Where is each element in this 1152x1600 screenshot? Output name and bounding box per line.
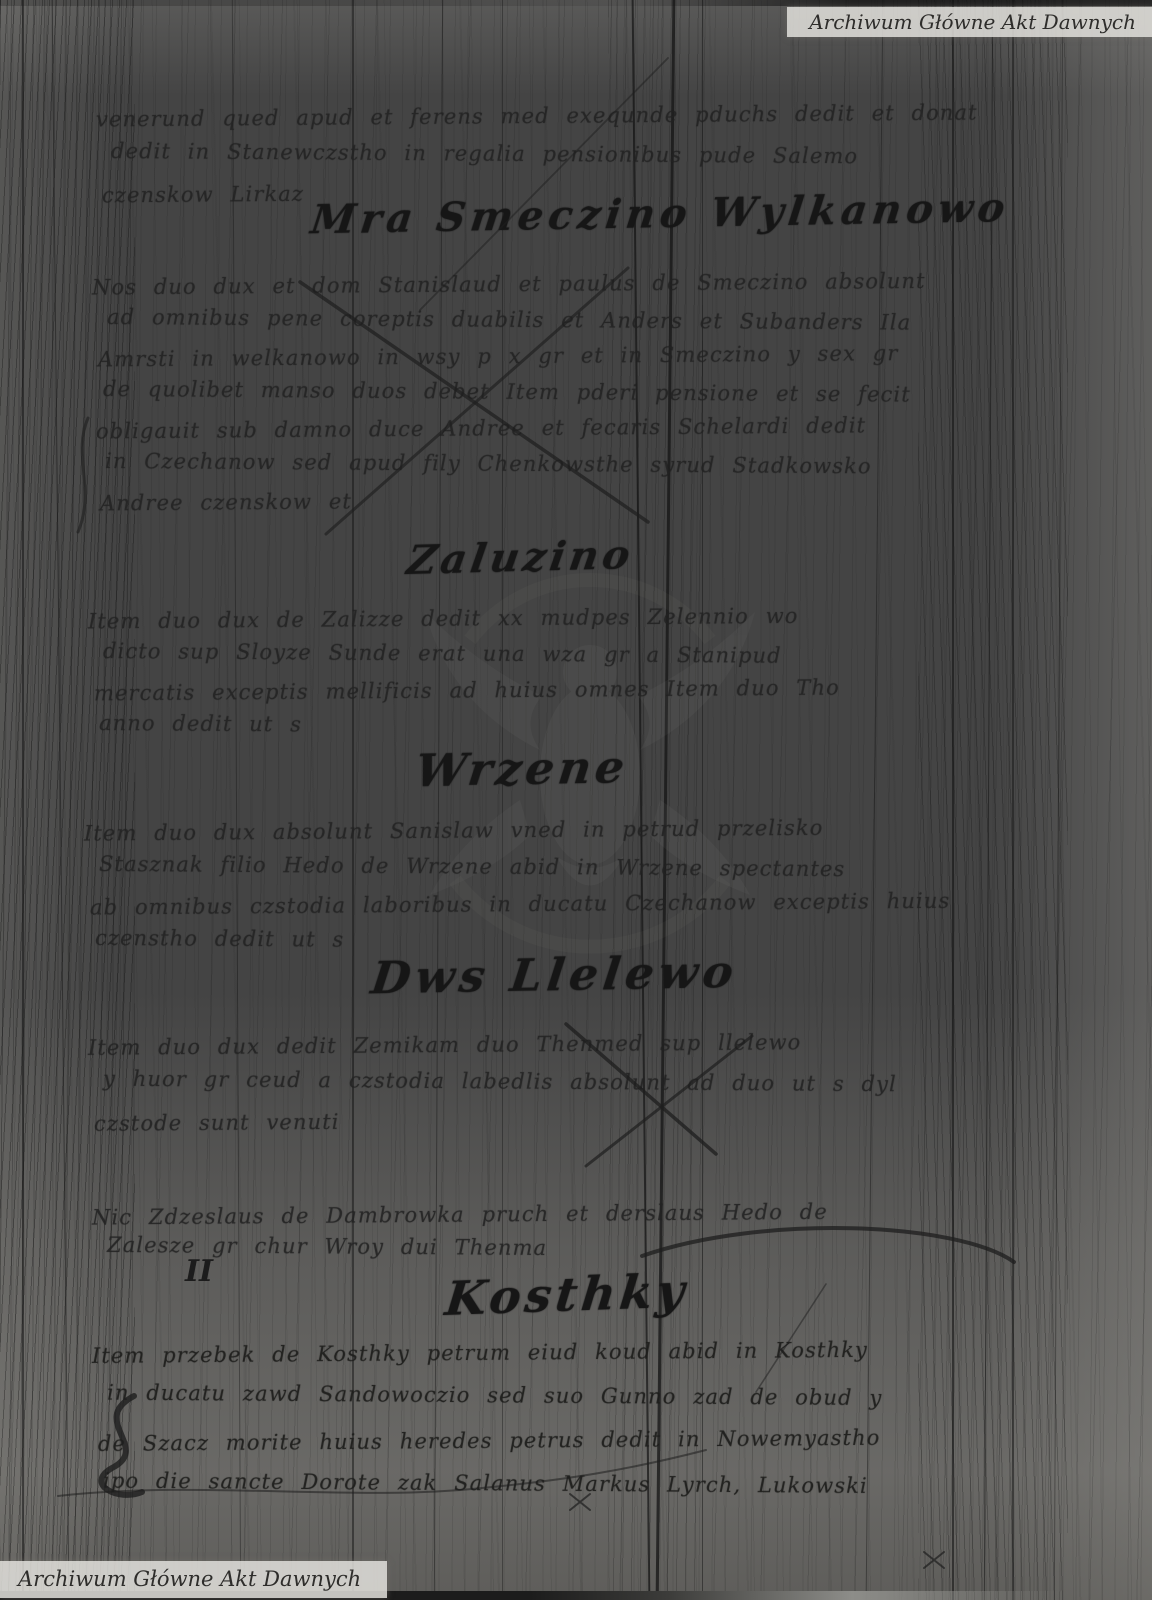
scan-edge-top <box>0 0 1152 6</box>
scratch-line <box>22 0 24 1600</box>
manuscript-heading: Mra Smeczino Wylkanowo <box>312 190 1009 237</box>
manuscript-paragraph: Item duo dux de Zalizze dedit xx mudpes … <box>88 606 968 750</box>
manuscript-heading: Kosthky <box>446 1268 687 1323</box>
manuscript-line: ipo die sancte Dorote zak Salanus Markus… <box>92 1469 1092 1520</box>
manuscript-line: in ducatu zawd Sandowoczio sed suo Gunno… <box>92 1381 1092 1432</box>
heading-text: Mra Smeczino Wylkanowo <box>308 184 1012 243</box>
archive-stamp-top: Archiwum Główne Akt Dawnych <box>787 7 1152 37</box>
x-mark-2 <box>924 1552 944 1568</box>
manuscript-heading: Zaluzino <box>408 534 633 581</box>
manuscript-line: Andree czenskow et <box>92 485 982 528</box>
scratch-line <box>52 0 70 1600</box>
manuscript-paragraph: Nic Zdzeslaus de Dambrowka pruch et ders… <box>92 1202 1002 1270</box>
heading-text: Dws Llelewo <box>368 945 741 1004</box>
manuscript-paragraph: Item duo dux dedit Zemikam duo Thenmed s… <box>88 1032 1068 1146</box>
manuscript-line: czstode sunt venuti <box>88 1104 1068 1150</box>
heading-text: Wrzene <box>412 740 631 797</box>
margin-flourish-top <box>78 418 88 532</box>
margin-mark: II <box>185 1254 213 1289</box>
manuscript-paragraph: Nos duo dux et dom Stanislaud et paulus … <box>92 272 982 524</box>
manuscript-heading: Dws Llelewo <box>372 948 738 1001</box>
manuscript-line: dedit in Stanewczstho in regalia pension… <box>96 139 976 183</box>
scanned-manuscript-page: venerund qued apud et ferens med exeqund… <box>0 0 1152 1600</box>
manuscript-line: venerund qued apud et ferens med exeqund… <box>96 101 976 146</box>
manuscript-line: Item przebek de Kosthky petrum eiud koud… <box>92 1336 1092 1388</box>
heading-text: Zaluzino <box>404 531 637 584</box>
heading-text: Kosthky <box>443 1264 691 1327</box>
manuscript-paragraph: Item duo dux absolunt Sanislaw vned in p… <box>84 818 994 966</box>
manuscript-heading: Wrzene <box>416 742 628 795</box>
manuscript-line: de Szacz morite huius heredes petrus ded… <box>92 1424 1092 1476</box>
archive-stamp-bottom: Archiwum Główne Akt Dawnych <box>0 1561 387 1598</box>
manuscript-paragraph: Item przebek de Kosthky petrum eiud koud… <box>92 1340 1092 1516</box>
